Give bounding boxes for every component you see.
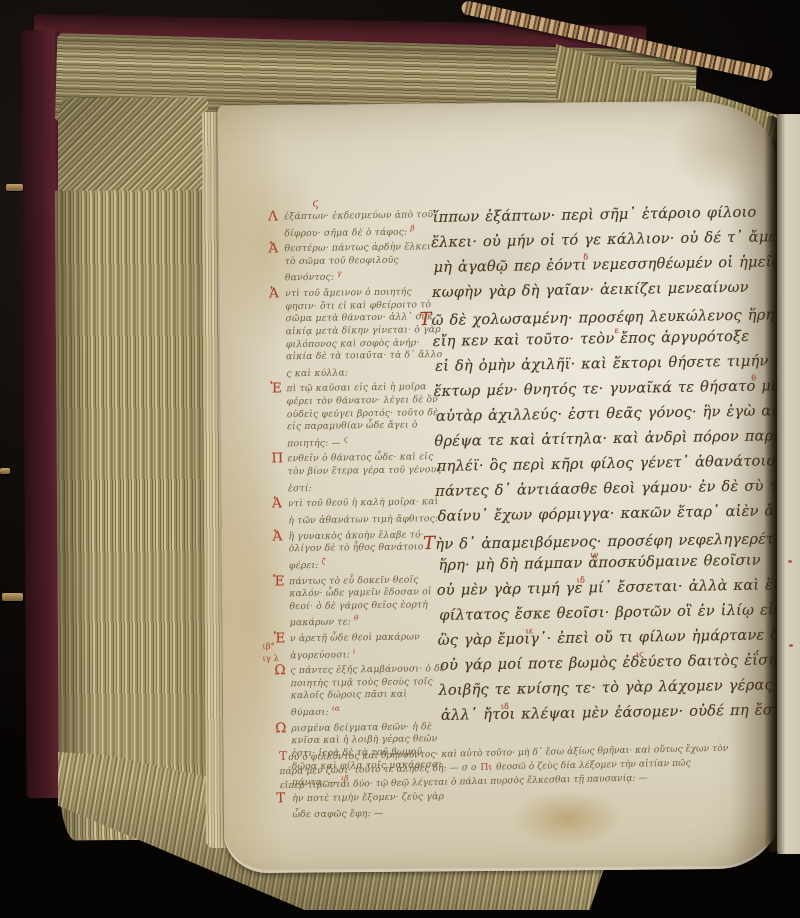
red-ink-speck [789,644,793,647]
rubric-number: ϛ [344,434,348,443]
rubric-initial: Ἑ [274,632,286,645]
scholion-text: ντὶ τοῦ θεοῦ ἡ καλὴ μοῖρα· καὶ ἡ τῶν ἀθα… [288,496,438,526]
scholion-text: ἢ γυναικὸς ἀκοὴν ἔλαβε τό· ὀλίγον δὲ τὸ … [288,529,424,571]
rubric-initial: Ἀ [272,498,282,511]
cradle-peg-icon [0,468,10,474]
interlinear-rubric-number: ιϛ [636,650,644,659]
scholion-entry: Ἀθεστέρω· πάντως ἀρδὴν ἕλκει τὸ σῶμα τοῦ… [271,241,444,285]
rubric-initial: Τ [276,792,285,805]
interlinear-rubric-number: ιε [525,626,533,635]
rubric-number: ια [332,704,340,713]
scholion-text: θεστέρω· πάντως ἀρδὴν ἕλκει τὸ σῶμα τοῦ … [284,241,430,283]
rubric-number: γ [337,269,342,278]
margin-rubric-gloss: ιγ λ [262,655,279,664]
scholion-entry: Ἑν ἀρετῇ ὧδε θεοὶ μακάρων ἀγορεύουσι:ι [277,631,449,663]
top-margin-rubric-numeral: ϛ [312,197,318,210]
main-text-column: ἵππων ἐξάπτων· περὶ σῆμ᾽ ἑτάροιο φίλοιο … [431,203,788,731]
rubric-initial: Ω [275,722,287,735]
rubric-initial: Ἀ [268,243,278,256]
rubric-number: θ [354,614,359,623]
scholion-text: ενθεῖν ὁ θάνατος ὧδε· καὶ εἰς τὸν βίον ἕ… [287,452,441,494]
scholion-text: πάντως τὸ εὖ δοκεῖν θεοῖς καλόν· ὧδε γαμ… [289,574,432,629]
rubric-initial: Πι [480,762,492,773]
scholion-entry: Ἑπάντως τὸ εὖ δοκεῖν θεοῖς καλόν· ὧδε γα… [276,574,449,631]
rubric-number: ζ [321,557,325,566]
rubric-initial: Τ [279,749,287,763]
scholia-column: Λἐξάπτων· ἐκδεσμεύων ἀπὸ τοῦ δίφρου· σῆμ… [271,209,452,825]
cradle-peg-icon [6,184,23,191]
open-manuscript-page: ϛ Λἐξάπτων· ἐκδεσμεύων ἀπὸ τοῦ δίφρου· σ… [218,101,782,874]
scholion-entry: Πενθεῖν ὁ θάνατος ὧδε· καὶ εἰς τὸν βίον … [274,451,447,495]
scholion-text: πὶ τῷ καῦσαι εἰς ἀεὶ ἡ μοῖρα φέρει τὸν θ… [286,382,438,449]
interlinear-rubric-number: ιδ [501,702,510,711]
rubric-number: β [410,223,415,232]
rubric-initial: Ἀ [269,287,279,300]
scholion-entry: Τὴν ποτὲ τιμὴν ἕξομεν· ζεὺς γὰρ ὧδε σαφῶ… [279,791,451,823]
scholion-entry: Ἑπὶ τῷ καῦσαι εἰς ἀεὶ ἡ μοῖρα φέρει τὸν … [273,381,446,450]
verse-line: ιδἀλλ᾽ ἤτοι κλέψαι μὲν ἐάσομεν· οὐδέ πη … [441,701,787,732]
rubric-initial: Ἑ [270,383,282,396]
rubric-initial: Ἀ [272,530,282,543]
cradle-peg-icon [2,593,23,601]
rubric-initial: Ἑ [273,575,285,588]
rubric-initial: Π [271,453,283,466]
scholion-entry: Λἐξάπτων· ἐκδεσμεύων ἀπὸ τοῦ δίφρου· σῆμ… [271,209,443,241]
interlinear-rubric-number: ε [614,326,619,335]
interlinear-rubric-number: θ [751,374,756,383]
manuscript-photo-scene: ϛ Λἐξάπτων· ἐκδεσμεύων ἀπὸ τοῦ δίφρου· σ… [0,0,800,918]
scholion-text: ὴν ποτὲ τιμὴν ἕξομεν· ζεὺς γὰρ ὧδε σαφῶς… [292,791,444,821]
scholion-entry: Ἀντὶ τοῦ θεοῦ ἡ καλὴ μοῖρα· καὶ ἡ τῶν ἀθ… [275,496,447,528]
parchment-stain [512,790,622,847]
gutter-shadow [764,116,778,852]
rubric-initial: Λ [268,210,278,223]
margin-rubric-gloss: ιβ° [262,643,275,652]
interlinear-rubric-number: δ [583,252,588,261]
interlinear-rubric-number: ιγ [590,551,598,560]
interlinear-rubric-number: ιδ [577,576,586,585]
red-ink-speck [788,560,792,563]
facing-page-edge [777,114,800,854]
scholion-entry: Ως πάντες ἑξῆς λαμβάνουσι· ὁ δὲ ποιητὴς … [277,663,450,720]
rubric-number: ι [353,646,356,655]
scholion-text: ς πάντες ἑξῆς λαμβάνουσι· ὁ δὲ ποιητὴς τ… [290,663,445,718]
page-stack-left-edge [55,189,222,840]
verse-text: ἥρη· μὴ δὴ πάμπαν ἀποσκύδμαινε θεοῖσιν [438,552,784,575]
rubric-initial: Ω [274,665,286,678]
